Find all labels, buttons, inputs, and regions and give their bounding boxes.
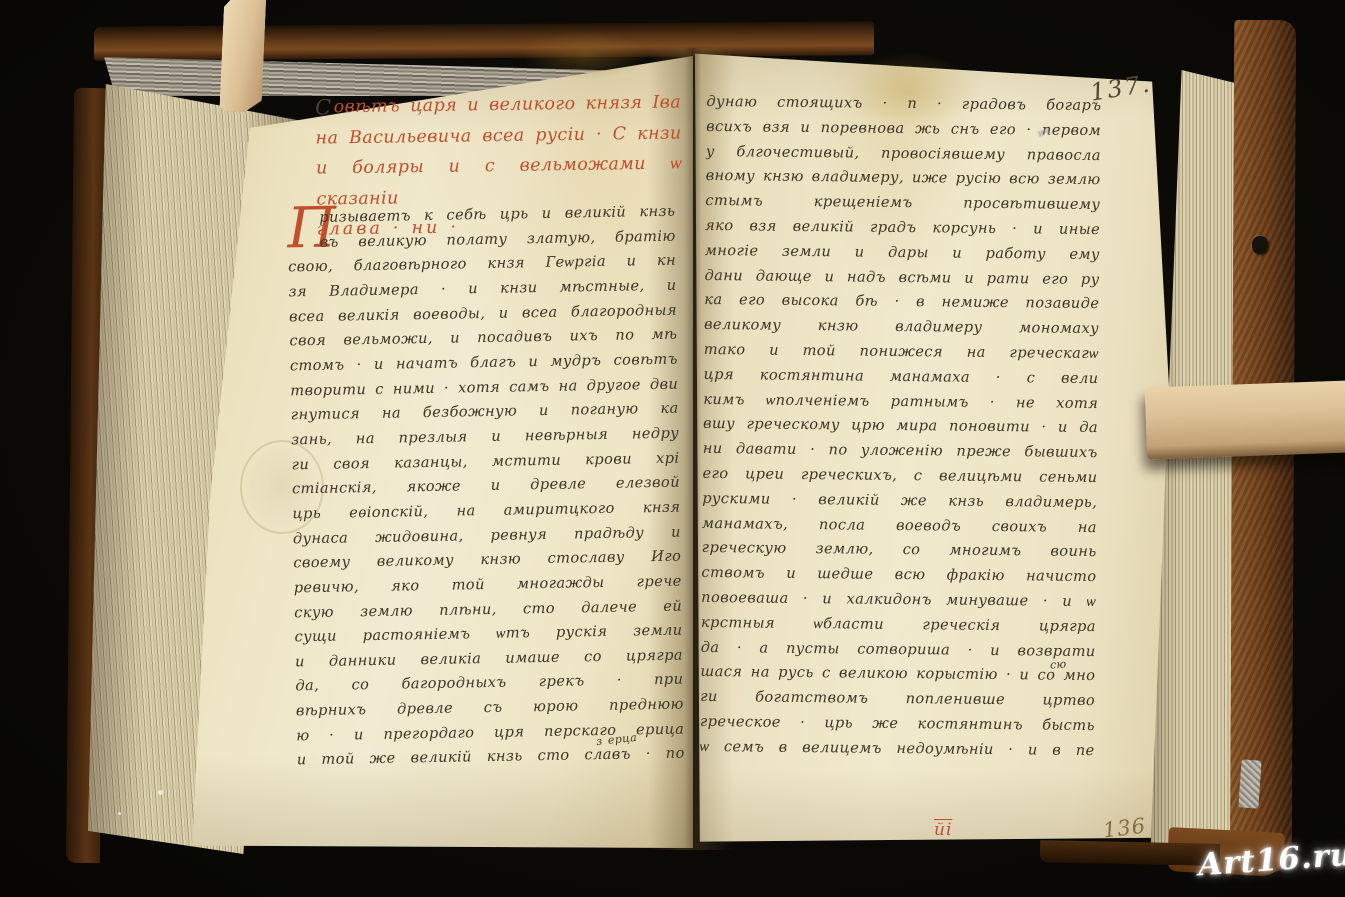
manuscript-line: греческое · црь же костянтинъ бысть bbox=[700, 710, 1095, 739]
paper-speck bbox=[158, 790, 163, 795]
manuscript-line: яко взя великій градъ корсунь · и иные bbox=[705, 214, 1100, 243]
manuscript-text-left: П ризываетъ к себѣ црь и великій кнзьвъ … bbox=[287, 200, 685, 774]
manuscript-line: цря костянтина манамаха · с вели bbox=[703, 363, 1098, 392]
manuscript-line: дунаю стоящихъ · п · градовъ богаръ bbox=[706, 90, 1101, 119]
heading-initial-letter: С bbox=[315, 92, 334, 123]
quire-signature: йі bbox=[934, 820, 952, 840]
manuscript-line: многіе земли и дары и работу ему bbox=[705, 239, 1100, 268]
manuscript-line: тако и той понижеся на греческагѡ bbox=[704, 338, 1099, 367]
heading-line: С овѣтъ царя и великого князя Іва bbox=[315, 87, 681, 123]
book-photo: С овѣтъ царя и великого князя Іва на Вас… bbox=[0, 0, 1345, 897]
manuscript-text-right: дунаю стоящихъ · п · градовъ богаръвсихъ… bbox=[700, 90, 1102, 764]
wooden-ruler bbox=[1145, 380, 1345, 459]
red-drop-cap: П bbox=[287, 206, 320, 256]
leather-bottom-edge bbox=[1040, 840, 1220, 866]
worn-silver-patch bbox=[1238, 759, 1261, 808]
page-stain bbox=[520, 30, 650, 80]
text-lines-left: ризываетъ к себѣ црь и великій кнзьвъ ве… bbox=[287, 200, 685, 774]
folio-number-bottom: 136 bbox=[1102, 813, 1148, 842]
paper-speck bbox=[118, 812, 121, 815]
leather-spine-top-edge bbox=[94, 21, 874, 60]
wooden-bookmark-stick bbox=[219, 0, 266, 113]
manuscript-line: рускими · великій же кнзь владимерь, bbox=[702, 487, 1097, 516]
text-lines-right: дунаю стоящихъ · п · градовъ богаръвсихъ… bbox=[700, 90, 1102, 764]
manuscript-line: повоеваша · и халкидонъ минуваше · и ѡ bbox=[701, 586, 1096, 615]
metal-stud bbox=[1252, 236, 1268, 254]
manuscript-line: его цреи греческихъ, с велицѣми сеньми bbox=[702, 462, 1097, 491]
manuscript-line: ѡ семъ в велицемъ недоумѣніи · и в пе bbox=[700, 735, 1095, 764]
manuscript-line: крстныя ѡбласти греческія црягра bbox=[701, 611, 1096, 640]
margin-note: сю bbox=[1050, 657, 1068, 671]
